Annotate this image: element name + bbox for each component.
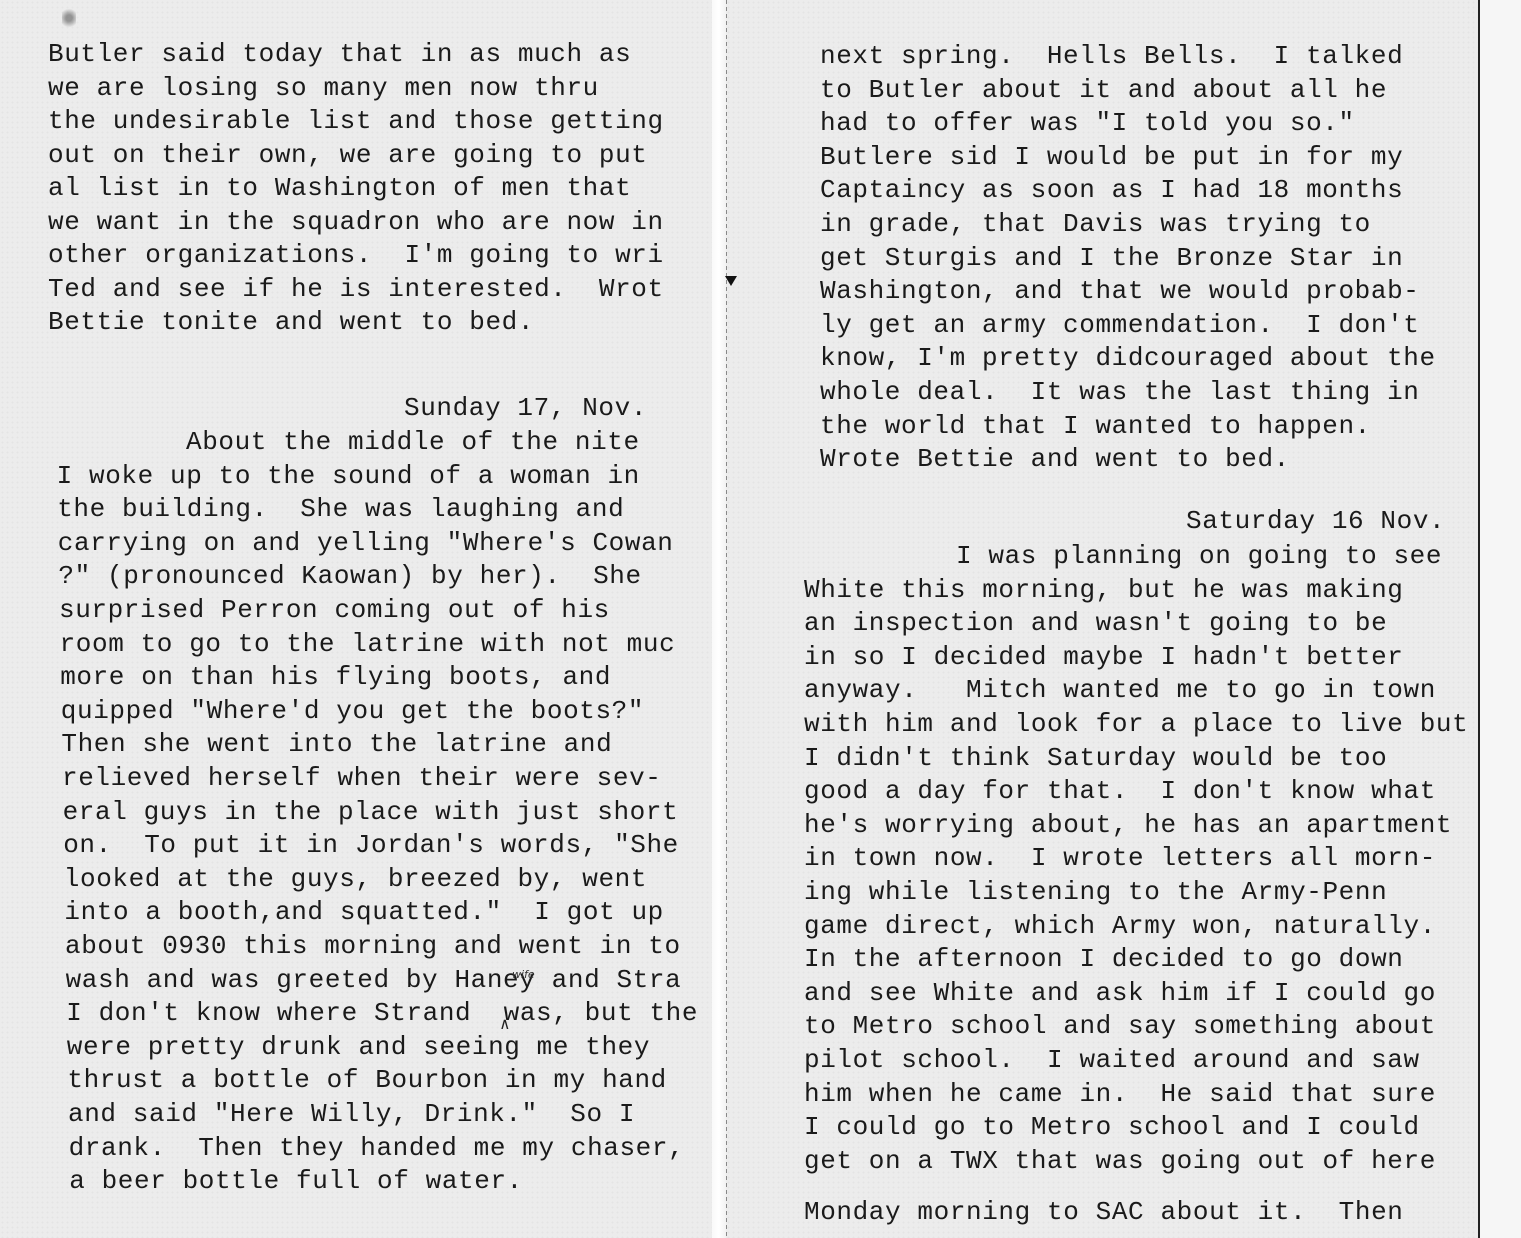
- text-line: I don't know where Strand was, but the: [66, 997, 698, 1030]
- text-line: I woke up to the sound of a woman in: [57, 460, 640, 493]
- text-line: room to go to the latrine with not muc: [60, 628, 676, 661]
- text-line: other organizations. I'm going to wri: [48, 239, 664, 272]
- text-line: get Sturgis and I the Bronze Star in: [820, 242, 1403, 275]
- text-line: wash and was greeted by Haney and Stra: [66, 964, 682, 997]
- text-line: About the middle of the nite: [186, 426, 640, 459]
- text-line: know, I'm pretty didcouraged about the: [820, 342, 1436, 375]
- text-line: quipped "Where'd you get the boots?": [61, 695, 644, 728]
- text-line: next spring. Hells Bells. I talked: [820, 40, 1403, 73]
- text-line: ?" (pronounced Kaowan) by her). She: [58, 560, 641, 593]
- text-line: drank. Then they handed me my chaser,: [69, 1132, 685, 1165]
- text-line: Ted and see if he is interested. Wrot: [48, 273, 664, 306]
- page-gutter: [712, 0, 726, 1238]
- text-line: carrying on and yelling "Where's Cowan: [58, 527, 674, 560]
- insert-caret-icon: ∧: [500, 1014, 510, 1034]
- text-line: on. To put it in Jordan's words, "She: [63, 829, 679, 862]
- text-line: ing while listening to the Army-Penn: [804, 876, 1387, 909]
- text-line: in town now. I wrote letters all morn-: [804, 842, 1436, 875]
- text-line: Then she went into the latrine and: [61, 728, 612, 761]
- text-line: him when he came in. He said that sure: [804, 1078, 1436, 1111]
- text-line: looked at the guys, breezed by, went: [64, 863, 647, 896]
- text-line: Washington, and that we would probab-: [820, 275, 1420, 308]
- text-line: the world that I wanted to happen.: [820, 410, 1371, 443]
- text-line: good a day for that. I don't know what: [804, 775, 1436, 808]
- text-line: we want in the squadron who are now in: [48, 206, 664, 239]
- text-line: In the afternoon I decided to go down: [804, 943, 1404, 976]
- text-line: we are losing so many men now thru: [48, 72, 599, 105]
- text-line: I didn't think Saturday would be too: [804, 742, 1387, 775]
- right-margin: [1480, 0, 1521, 1238]
- text-line: ly get an army commendation. I don't: [820, 309, 1420, 342]
- text-line: surprised Perron coming out of his: [59, 594, 610, 627]
- text-line: had to offer was "I told you so.": [820, 107, 1355, 140]
- text-line: and said "Here Willy, Drink." So I: [68, 1098, 635, 1131]
- text-line: were pretty drunk and seeing me they: [67, 1031, 650, 1064]
- ink-smudge: [62, 4, 76, 32]
- text-line: a beer bottle full of water.: [69, 1165, 523, 1198]
- text-line: and see White and ask him if I could go: [804, 977, 1436, 1010]
- text-line: eral guys in the place with just short: [63, 796, 679, 829]
- text-line: al list in to Washington of men that: [48, 172, 631, 205]
- text-line: Captaincy as soon as I had 18 months: [820, 174, 1403, 207]
- text-line: an inspection and wasn't going to be: [804, 607, 1387, 640]
- text-line: White this morning, but he was making: [804, 574, 1404, 607]
- handwritten-insert: wife: [512, 968, 535, 981]
- text-line: Butlere sid I would be put in for my: [820, 141, 1403, 174]
- text-line: anyway. Mitch wanted me to go in town: [804, 674, 1436, 707]
- text-line: get on a TWX that was going out of here: [804, 1145, 1436, 1178]
- text-line: whole deal. It was the last thing in: [820, 376, 1420, 409]
- text-line: I could go to Metro school and I could: [804, 1111, 1420, 1144]
- text-line: more on than his flying boots, and: [60, 661, 611, 694]
- text-line: about 0930 this morning and went in to: [65, 930, 681, 963]
- text-line: Monday morning to SAC about it. Then: [804, 1196, 1404, 1229]
- entry-date-saturday: Saturday 16 Nov.: [1186, 505, 1445, 538]
- gutter-divider: [726, 0, 727, 1238]
- text-line: to Metro school and say something about: [804, 1010, 1436, 1043]
- text-line: he's worrying about, he has an apartment: [804, 809, 1452, 842]
- text-line: into a booth,and squatted." I got up: [64, 896, 664, 929]
- text-line: in grade, that Davis was trying to: [820, 208, 1371, 241]
- text-line: in so I decided maybe I hadn't better: [804, 641, 1404, 674]
- text-line: out on their own, we are going to put: [48, 139, 648, 172]
- text-line: thrust a bottle of Bourbon in my hand: [67, 1064, 667, 1097]
- text-line: Bettie tonite and went to bed.: [48, 306, 534, 339]
- text-line: to Butler about it and about all he: [820, 74, 1387, 107]
- text-line: I was planning on going to see: [956, 540, 1442, 573]
- entry-date-sunday: Sunday 17, Nov.: [404, 392, 647, 425]
- text-line: the undesirable list and those getting: [48, 105, 664, 138]
- text-line: game direct, which Army won, naturally.: [804, 910, 1436, 943]
- text-line: Wrote Bettie and went to bed.: [820, 443, 1290, 476]
- margin-arrow-icon: [725, 276, 737, 286]
- text-line: relieved herself when their were sev-: [62, 762, 662, 795]
- text-line: pilot school. I waited around and saw: [804, 1044, 1420, 1077]
- text-line: with him and look for a place to live bu…: [804, 708, 1468, 741]
- text-line: Butler said today that in as much as: [48, 38, 631, 71]
- text-line: the building. She was laughing and: [57, 493, 624, 526]
